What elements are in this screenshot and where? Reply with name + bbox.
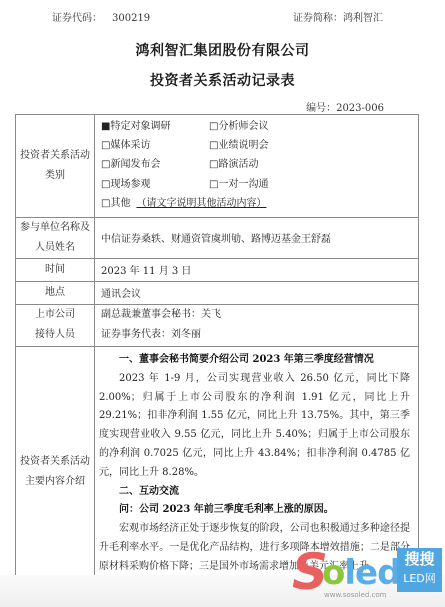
row-participants: 参与单位名称及 人员姓名 中信证券桑轶、财通资管虞圳劬、路博迈基金王舒磊 — [16, 217, 419, 258]
stock-code-value: 300219 — [112, 13, 150, 24]
stock-name-label: 证券简称： — [293, 13, 343, 24]
option-specific-research[interactable]: ■特定对象调研 — [101, 117, 209, 136]
location-label: 地点 — [16, 281, 95, 304]
section-heading-qa: 二、互动交流 — [99, 483, 410, 502]
time-value: 2023 年 11 月 3 日 — [95, 258, 419, 281]
serial-value: 2023-006 — [336, 103, 384, 114]
option-earnings-call[interactable]: □业绩说明会 — [209, 136, 317, 155]
category-options: ■特定对象调研□分析师会议 □媒体采访□业绩说明会 □新闻发布会□路演活动 □现… — [95, 115, 419, 218]
document-title: 投资者关系活动记录表 — [0, 70, 445, 90]
option-one-on-one[interactable]: □一对一沟通 — [209, 175, 317, 194]
participants-label: 参与单位名称及 人员姓名 — [16, 217, 95, 258]
location-value: 通讯会议 — [95, 281, 419, 304]
stock-code: 证券代码：300219 — [52, 9, 150, 24]
option-site-visit[interactable]: □现场参观 — [101, 175, 209, 194]
row-location: 地点 通讯会议 — [16, 281, 419, 304]
option-media-interview[interactable]: □媒体采访 — [101, 136, 209, 155]
reception-label: 上市公司 接待人员 — [16, 304, 95, 346]
reception-secretary: 副总裁兼董事会秘书：关飞 — [101, 305, 418, 325]
stock-code-label: 证券代码： — [52, 13, 102, 24]
section-heading-q3-overview: 一、董事会秘书简要介绍公司 2023 年第三季度经营情况 — [99, 351, 410, 370]
watermark-url: www.sosoled.com — [324, 591, 387, 599]
stock-name: 证券简称：鸿利智汇 — [293, 9, 383, 24]
other-activity-note: （请文字说明其他活动内容） — [136, 198, 266, 209]
time-label: 时间 — [16, 258, 95, 281]
record-table: 投资者关系活动 类别 ■特定对象调研□分析师会议 □媒体采访□业绩说明会 □新闻… — [15, 114, 419, 598]
paragraph-q3-results: 2023 年 1-9 月，公司实现营业收入 26.50 亿元，同比下降 2.00… — [99, 370, 410, 483]
document-page: 证券代码：300219 证券简称：鸿利智汇 鸿利智汇集团股份有限公司 投资者关系… — [0, 0, 445, 575]
participants-value: 中信证券桑轶、财通资管虞圳劬、路博迈基金王舒磊 — [95, 217, 419, 258]
category-label: 投资者关系活动 类别 — [16, 115, 95, 218]
row-time: 时间 2023 年 11 月 3 日 — [16, 258, 419, 281]
company-title: 鸿利智汇集团股份有限公司 — [0, 40, 445, 60]
reception-value: 副总裁兼董事会秘书：关飞 证券事务代表：刘冬丽 — [95, 304, 419, 346]
content-label: 投资者关系活动 主要内容介绍 — [16, 346, 95, 597]
serial-label: 编号： — [306, 103, 336, 114]
watermark-wordmark: oled — [322, 553, 400, 593]
watermark-logo: S oled www.sosoled.com 搜搜 LED网 — [292, 547, 442, 605]
stock-name-value: 鸿利智汇 — [343, 13, 383, 24]
option-press-conference[interactable]: □新闻发布会 — [101, 155, 209, 174]
option-other[interactable]: □其他 — [101, 198, 130, 209]
option-roadshow[interactable]: □路演活动 — [209, 155, 317, 174]
watermark-badge: 搜搜 LED网 — [397, 548, 442, 592]
option-analyst-meeting[interactable]: □分析师会议 — [209, 117, 317, 136]
row-reception: 上市公司 接待人员 副总裁兼董事会秘书：关飞 证券事务代表：刘冬丽 — [16, 304, 419, 346]
question-gross-margin: 问：公司 2023 年前三季度毛利率上涨的原因。 — [99, 501, 410, 520]
serial-number: 编号：2023-006 — [306, 99, 384, 114]
row-activity-category: 投资者关系活动 类别 ■特定对象调研□分析师会议 □媒体采访□业绩说明会 □新闻… — [16, 115, 419, 218]
reception-representative: 证券事务代表：刘冬丽 — [101, 325, 418, 345]
